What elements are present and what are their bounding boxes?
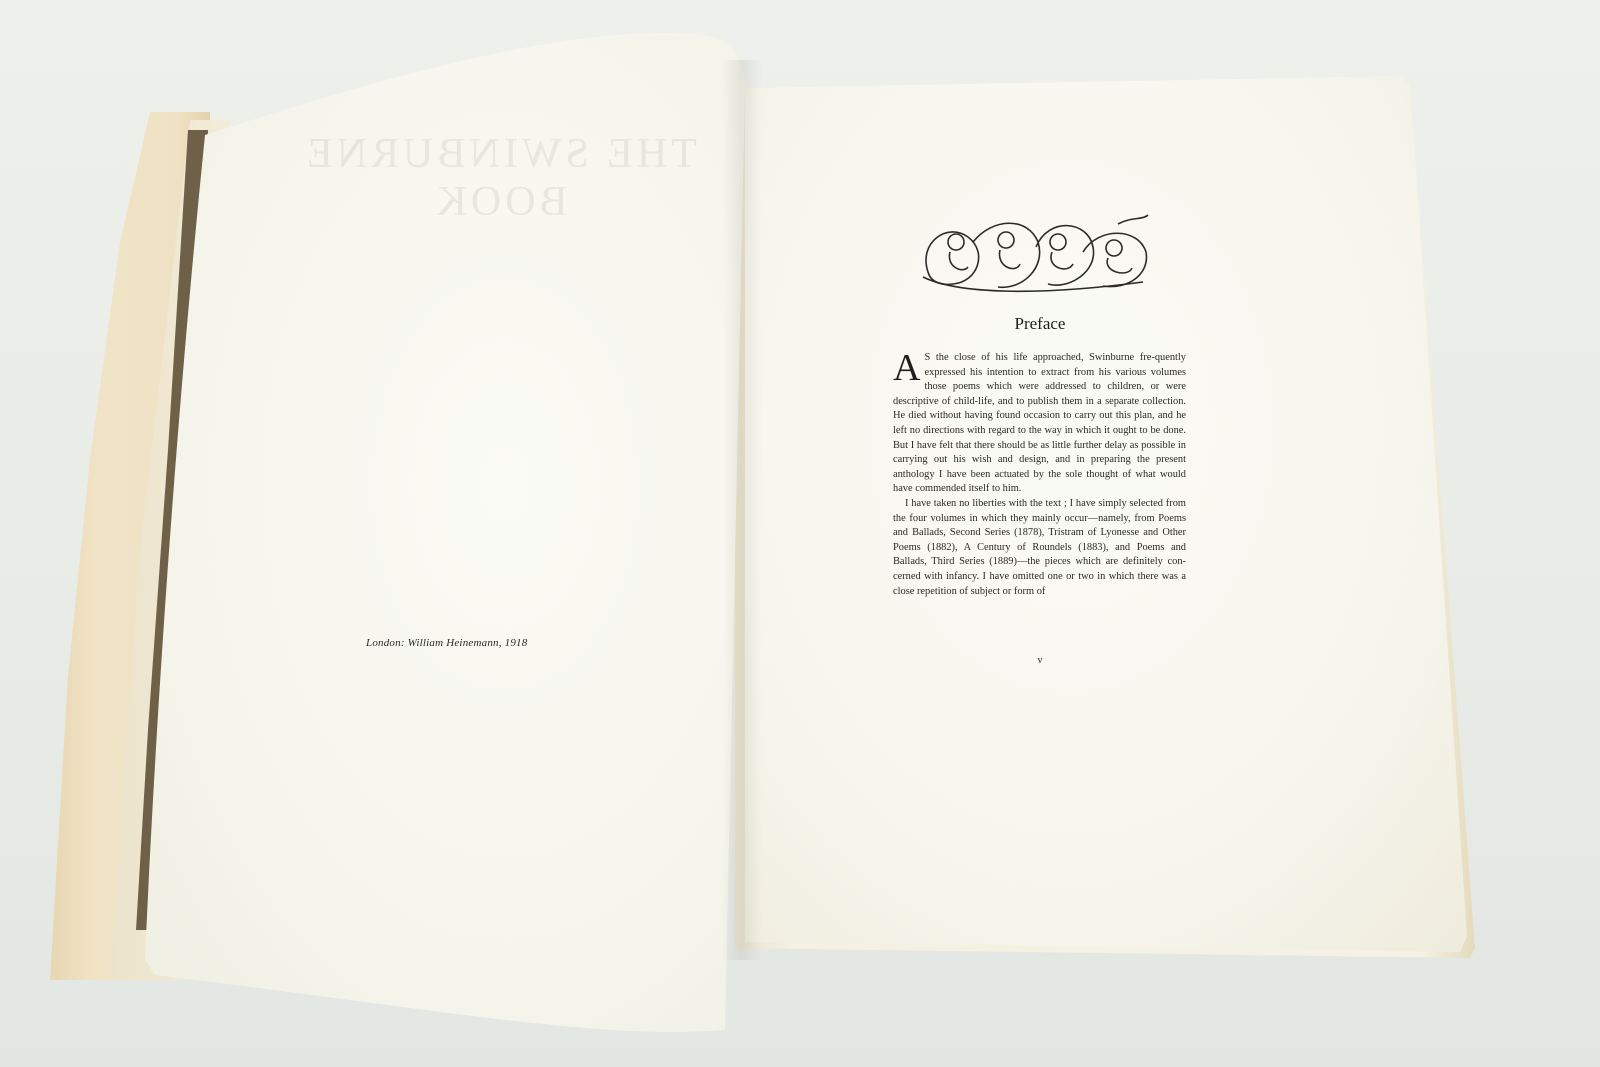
drop-cap: A (893, 353, 920, 383)
publisher-imprint: London: William Heinemann, 1918 (366, 637, 527, 649)
show-through-title: THE SWINBURNE BOOK (290, 130, 710, 226)
preface-body: AS the close of his life approached, Swi… (893, 351, 1186, 599)
page-number: v (1030, 655, 1050, 666)
paragraph-2: I have taken no liberties with the text … (893, 497, 1186, 599)
page-title: Preface (880, 314, 1200, 334)
gutter-shadow (722, 60, 762, 960)
cherub-ornament-icon (918, 212, 1150, 294)
paragraph-1: AS the close of his life approached, Swi… (893, 351, 1186, 497)
book-photograph: THE SWINBURNE BOOK London: William Heine… (0, 0, 1600, 1067)
